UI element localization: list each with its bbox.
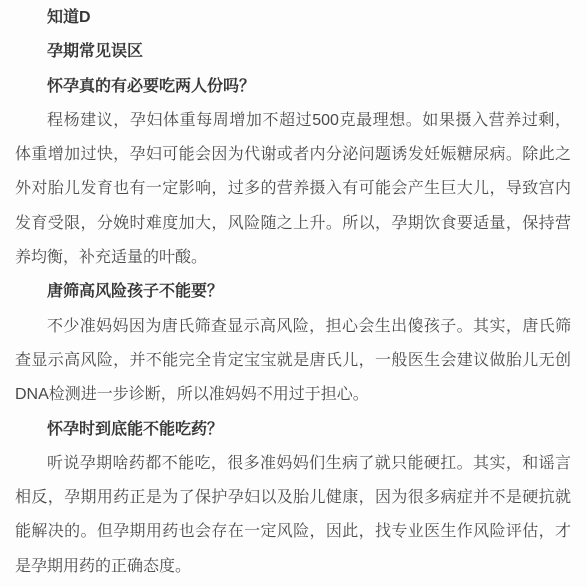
text-line: 听说孕期啥药都不能吃，很多准妈妈们生病了就只能硬扛。其实，和谣言 xyxy=(15,447,571,481)
section-heading: 怀孕真的有必要吃两人份吗？ xyxy=(15,70,571,104)
text-line: 能解决的。但孕期用药也会存在一定风险，因此，找专业医生作风险评估，才 xyxy=(15,515,571,549)
text-line: 查显示高风险，并不能完全肯定宝宝就是唐氏儿，一般医生会建议做胎儿无创 xyxy=(15,344,571,378)
article: 知道D孕期常见误区怀孕真的有必要吃两人份吗？程杨建议，孕妇体重每周增加不超过50… xyxy=(15,1,571,584)
section-heading: 唐筛高风险孩子不能要？ xyxy=(15,275,571,309)
text-line: DNA检测进一步诊断，所以准妈妈不用过于担心。 xyxy=(15,378,571,412)
section-heading: 孕期常见误区 xyxy=(15,35,571,69)
text-line: 养均衡，补充适量的叶酸。 xyxy=(15,241,571,275)
section-heading: 知道D xyxy=(15,1,571,35)
text-line: 相反，孕期用药正是为了保护孕妇以及胎儿健康，因为很多病症并不是硬抗就 xyxy=(15,481,571,515)
text-line: 程杨建议，孕妇体重每周增加不超过500克最理想。如果摄入营养过剩， xyxy=(15,104,571,138)
text-line: 是孕期用药的正确态度。 xyxy=(15,550,571,584)
section-heading: 怀孕时到底能不能吃药？ xyxy=(15,413,571,447)
article-page: 知道D孕期常见误区怀孕真的有必要吃两人份吗？程杨建议，孕妇体重每周增加不超过50… xyxy=(0,0,587,587)
text-line: 不少准妈妈因为唐氏筛查显示高风险，担心会生出傻孩子。其实，唐氏筛 xyxy=(15,310,571,344)
text-line: 体重增加过快，孕妇可能会因为代谢或者内分泌问题诱发妊娠糖尿病。除此之 xyxy=(15,138,571,172)
text-line: 发育受限，分娩时难度加大，风险随之上升。所以，孕期饮食要适量，保持营 xyxy=(15,207,571,241)
text-line: 外对胎儿发育也有一定影响，过多的营养摄入有可能会产生巨大儿，导致宫内 xyxy=(15,172,571,206)
